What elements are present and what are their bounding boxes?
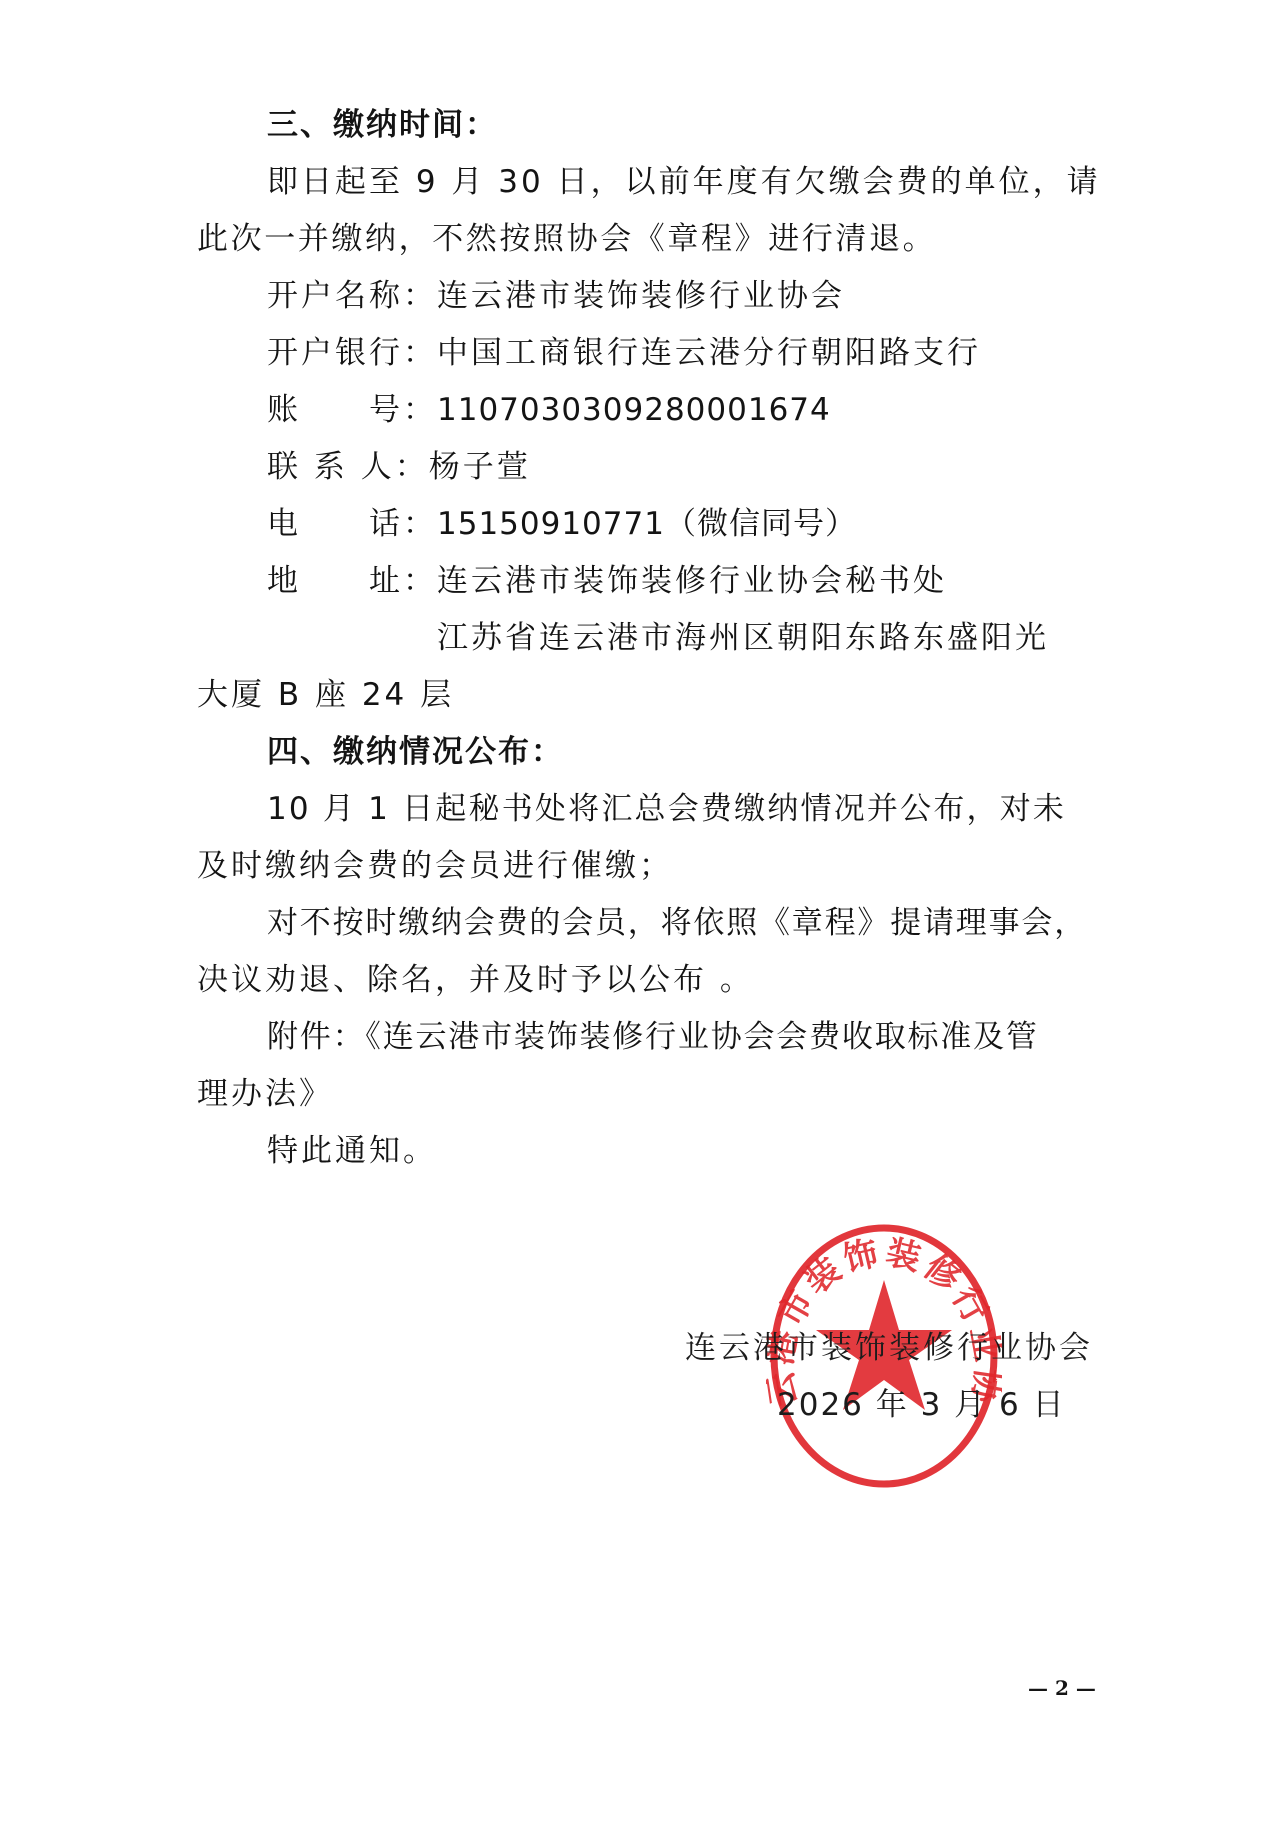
address-label: 地 址： <box>267 561 437 601</box>
account-name-row: 开户名称：连云港市装饰装修行业协会 <box>267 276 845 316</box>
contact-row: 联 系 人：杨子萱 <box>267 447 531 487</box>
address-value-line-3: 大厦 B 座 24 层 <box>197 675 454 715</box>
phone-row: 电 话：15150910771（微信同号） <box>267 504 857 544</box>
closing-text: 特此通知。 <box>267 1131 437 1171</box>
document-page: 三、缴纳时间： 即日起至 9 月 30 日，以前年度有欠缴会费的单位，请 此次一… <box>0 0 1280 1822</box>
section-4-paragraph-2-line-2: 决议劝退、除名，并及时予以公布 。 <box>197 960 754 1000</box>
attachment-line-1: 附件：《连云港市装饰装修行业协会会费收取标准及管 <box>267 1017 1039 1057</box>
signature-organization: 连云港市装饰装修行业协会 <box>685 1328 1093 1368</box>
contact-value: 杨子萱 <box>429 447 531 487</box>
signature-date: 2026 年 3 月 6 日 <box>777 1385 1066 1425</box>
page-number: — 2 — <box>1028 1676 1096 1700</box>
account-number-row: 账 号：1107030309280001674 <box>267 390 831 430</box>
section-4-paragraph-1-line-1: 10 月 1 日起秘书处将汇总会费缴纳情况并公布，对未 <box>267 789 1066 829</box>
section-4-paragraph-1-line-2: 及时缴纳会费的会员进行催缴； <box>197 846 673 886</box>
section-3-paragraph-line-2: 此次一并缴纳，不然按照协会《章程》进行清退。 <box>197 219 936 259</box>
svg-text:连云港市装饰装修行业协会: 连云港市装饰装修行业协会 <box>766 1220 1002 1409</box>
bank-label: 开户银行： <box>267 333 437 373</box>
section-3-paragraph-line-1: 即日起至 9 月 30 日，以前年度有欠缴会费的单位，请 <box>267 162 1101 202</box>
attachment-line-2: 理办法》 <box>197 1074 333 1114</box>
bank-value: 中国工商银行连云港分行朝阳路支行 <box>437 333 981 373</box>
address-value-line-2: 江苏省连云港市海州区朝阳东路东盛阳光 <box>437 618 1049 658</box>
phone-label: 电 话： <box>267 504 437 544</box>
account-number-value: 1107030309280001674 <box>437 390 831 430</box>
account-number-label: 账 号： <box>267 390 437 430</box>
address-value-line-1: 连云港市装饰装修行业协会秘书处 <box>437 561 947 601</box>
address-row: 地 址：连云港市装饰装修行业协会秘书处 <box>267 561 947 601</box>
bank-row: 开户银行：中国工商银行连云港分行朝阳路支行 <box>267 333 981 373</box>
section-4-paragraph-2-line-1: 对不按时缴纳会费的会员，将依照《章程》提请理事会， <box>267 903 1087 943</box>
account-name-label: 开户名称： <box>267 276 437 316</box>
section-3-heading: 三、缴纳时间： <box>267 105 498 145</box>
section-4-heading: 四、缴纳情况公布： <box>267 732 564 772</box>
contact-label: 联 系 人： <box>267 447 429 487</box>
seal-text: 连云港市装饰装修行业协会 <box>766 1220 1002 1409</box>
account-name-value: 连云港市装饰装修行业协会 <box>437 276 845 316</box>
phone-value: 15150910771（微信同号） <box>437 504 857 544</box>
